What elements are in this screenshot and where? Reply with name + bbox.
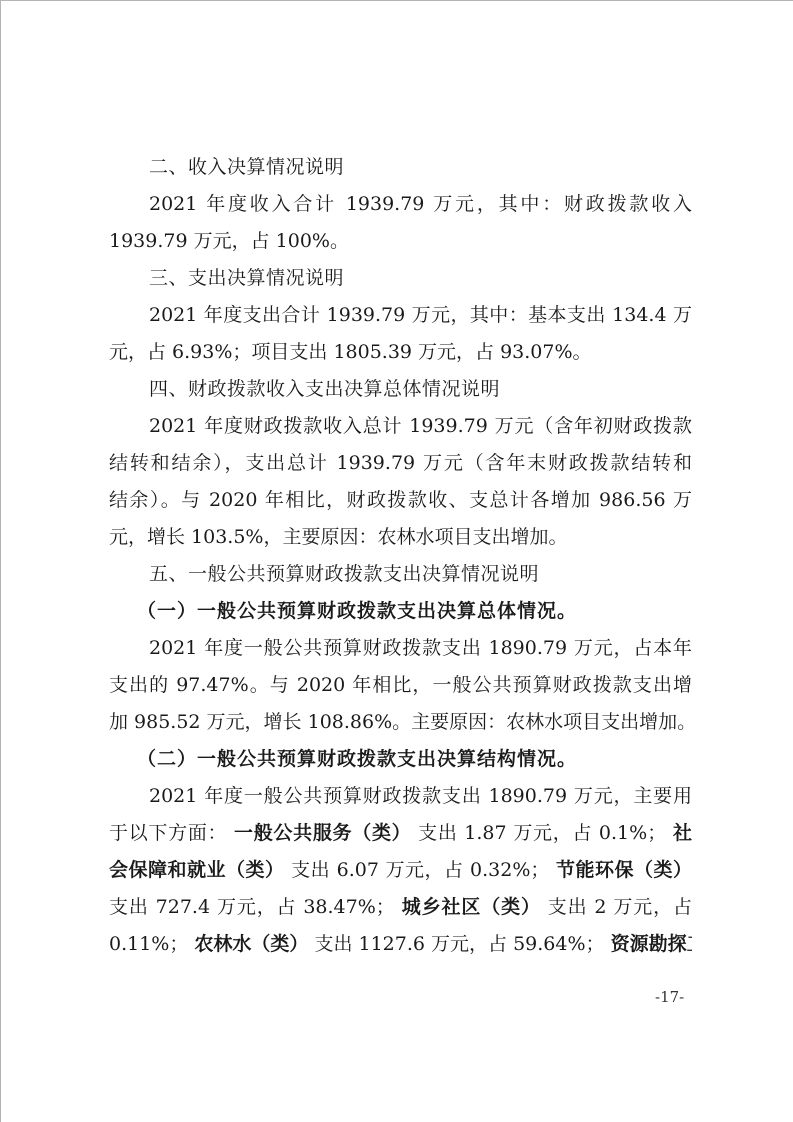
category-label-urban-rural-community: 城乡社区（类） — [402, 896, 541, 918]
text-run: 0.11%； — [109, 933, 188, 955]
category-label-resource-exploration-start: 资源勘探工 — [611, 933, 692, 955]
section-heading-fiscal-total: 四、财政拨款收入支出决算总体情况说明 — [109, 371, 692, 408]
paragraph-line: 2021 年度财政拨款收入总计 1939.79 万元（含年初财政拨款 — [109, 408, 692, 445]
paragraph-line: 0.11%； 农林水（类） 支出 1127.6 万元，占 59.64%； 资源勘… — [109, 926, 692, 963]
category-label-social-security-start: 社 — [673, 822, 692, 844]
paragraph-line: 元，增长 103.5%，主要原因：农林水项目支出增加。 — [109, 519, 692, 556]
paragraph-line: 支出 727.4 万元，占 38.47%； 城乡社区（类） 支出 2 万元，占 — [109, 889, 692, 926]
paragraph-line: 2021 年度一般公共预算财政拨款支出 1890.79 万元，占本年 — [109, 630, 692, 667]
text-run: 支出 6.07 万元，占 0.32%； — [291, 859, 549, 881]
category-label-agriculture-forestry-water: 农林水（类） — [194, 933, 308, 955]
subsection-heading-overall: （一）一般公共预算财政拨款支出决算总体情况。 — [109, 593, 692, 630]
category-label-general-public-services: 一般公共服务（类） — [234, 822, 411, 844]
section-heading-income: 二、收入决算情况说明 — [109, 149, 692, 186]
text-run: 支出 727.4 万元，占 38.47%； — [109, 896, 395, 918]
document-body: 二、收入决算情况说明 2021 年度收入合计 1939.79 万元，其中：财政拨… — [109, 149, 692, 963]
paragraph-line: 结余）。与 2020 年相比，财政拨款收、支总计各增加 986.56 万 — [109, 482, 692, 519]
paragraph-line: 1939.79 万元，占 100%。 — [109, 223, 692, 260]
paragraph-line: 会保障和就业（类） 支出 6.07 万元，占 0.32%； 节能环保（类） — [109, 852, 692, 889]
section-heading-expense: 三、支出决算情况说明 — [109, 260, 692, 297]
paragraph-line: 2021 年度收入合计 1939.79 万元，其中：财政拨款收入 — [109, 186, 692, 223]
paragraph-line: 于以下方面： 一般公共服务（类） 支出 1.87 万元，占 0.1%； 社 — [109, 815, 692, 852]
text-run: 支出 1.87 万元，占 0.1%； — [418, 822, 666, 844]
document-page: 二、收入决算情况说明 2021 年度收入合计 1939.79 万元，其中：财政拨… — [0, 0, 793, 1122]
text-run: 于以下方面： — [109, 822, 227, 844]
paragraph-line: 元，占 6.93%；项目支出 1805.39 万元，占 93.07%。 — [109, 334, 692, 371]
section-heading-general-budget: 五、一般公共预算财政拨款支出决算情况说明 — [109, 556, 692, 593]
paragraph-line: 结转和结余），支出总计 1939.79 万元（含年末财政拨款结转和 — [109, 445, 692, 482]
paragraph-line: 2021 年度一般公共预算财政拨款支出 1890.79 万元，主要用 — [109, 778, 692, 815]
page-number: -17- — [655, 988, 684, 1006]
category-label-energy-environment: 节能环保（类） — [556, 859, 692, 881]
category-label-social-security: 会保障和就业（类） — [109, 859, 285, 881]
paragraph-line: 2021 年度支出合计 1939.79 万元，其中：基本支出 134.4 万 — [109, 297, 692, 334]
subsection-heading-structure: （二）一般公共预算财政拨款支出决算结构情况。 — [109, 741, 692, 778]
text-run: 支出 2 万元，占 — [548, 896, 692, 918]
paragraph-line: 加 985.52 万元，增长 108.86%。主要原因：农林水项目支出增加。 — [109, 704, 692, 741]
text-run: 支出 1127.6 万元，占 59.64%； — [314, 933, 604, 955]
paragraph-line: 支出的 97.47%。与 2020 年相比，一般公共预算财政拨款支出增 — [109, 667, 692, 704]
